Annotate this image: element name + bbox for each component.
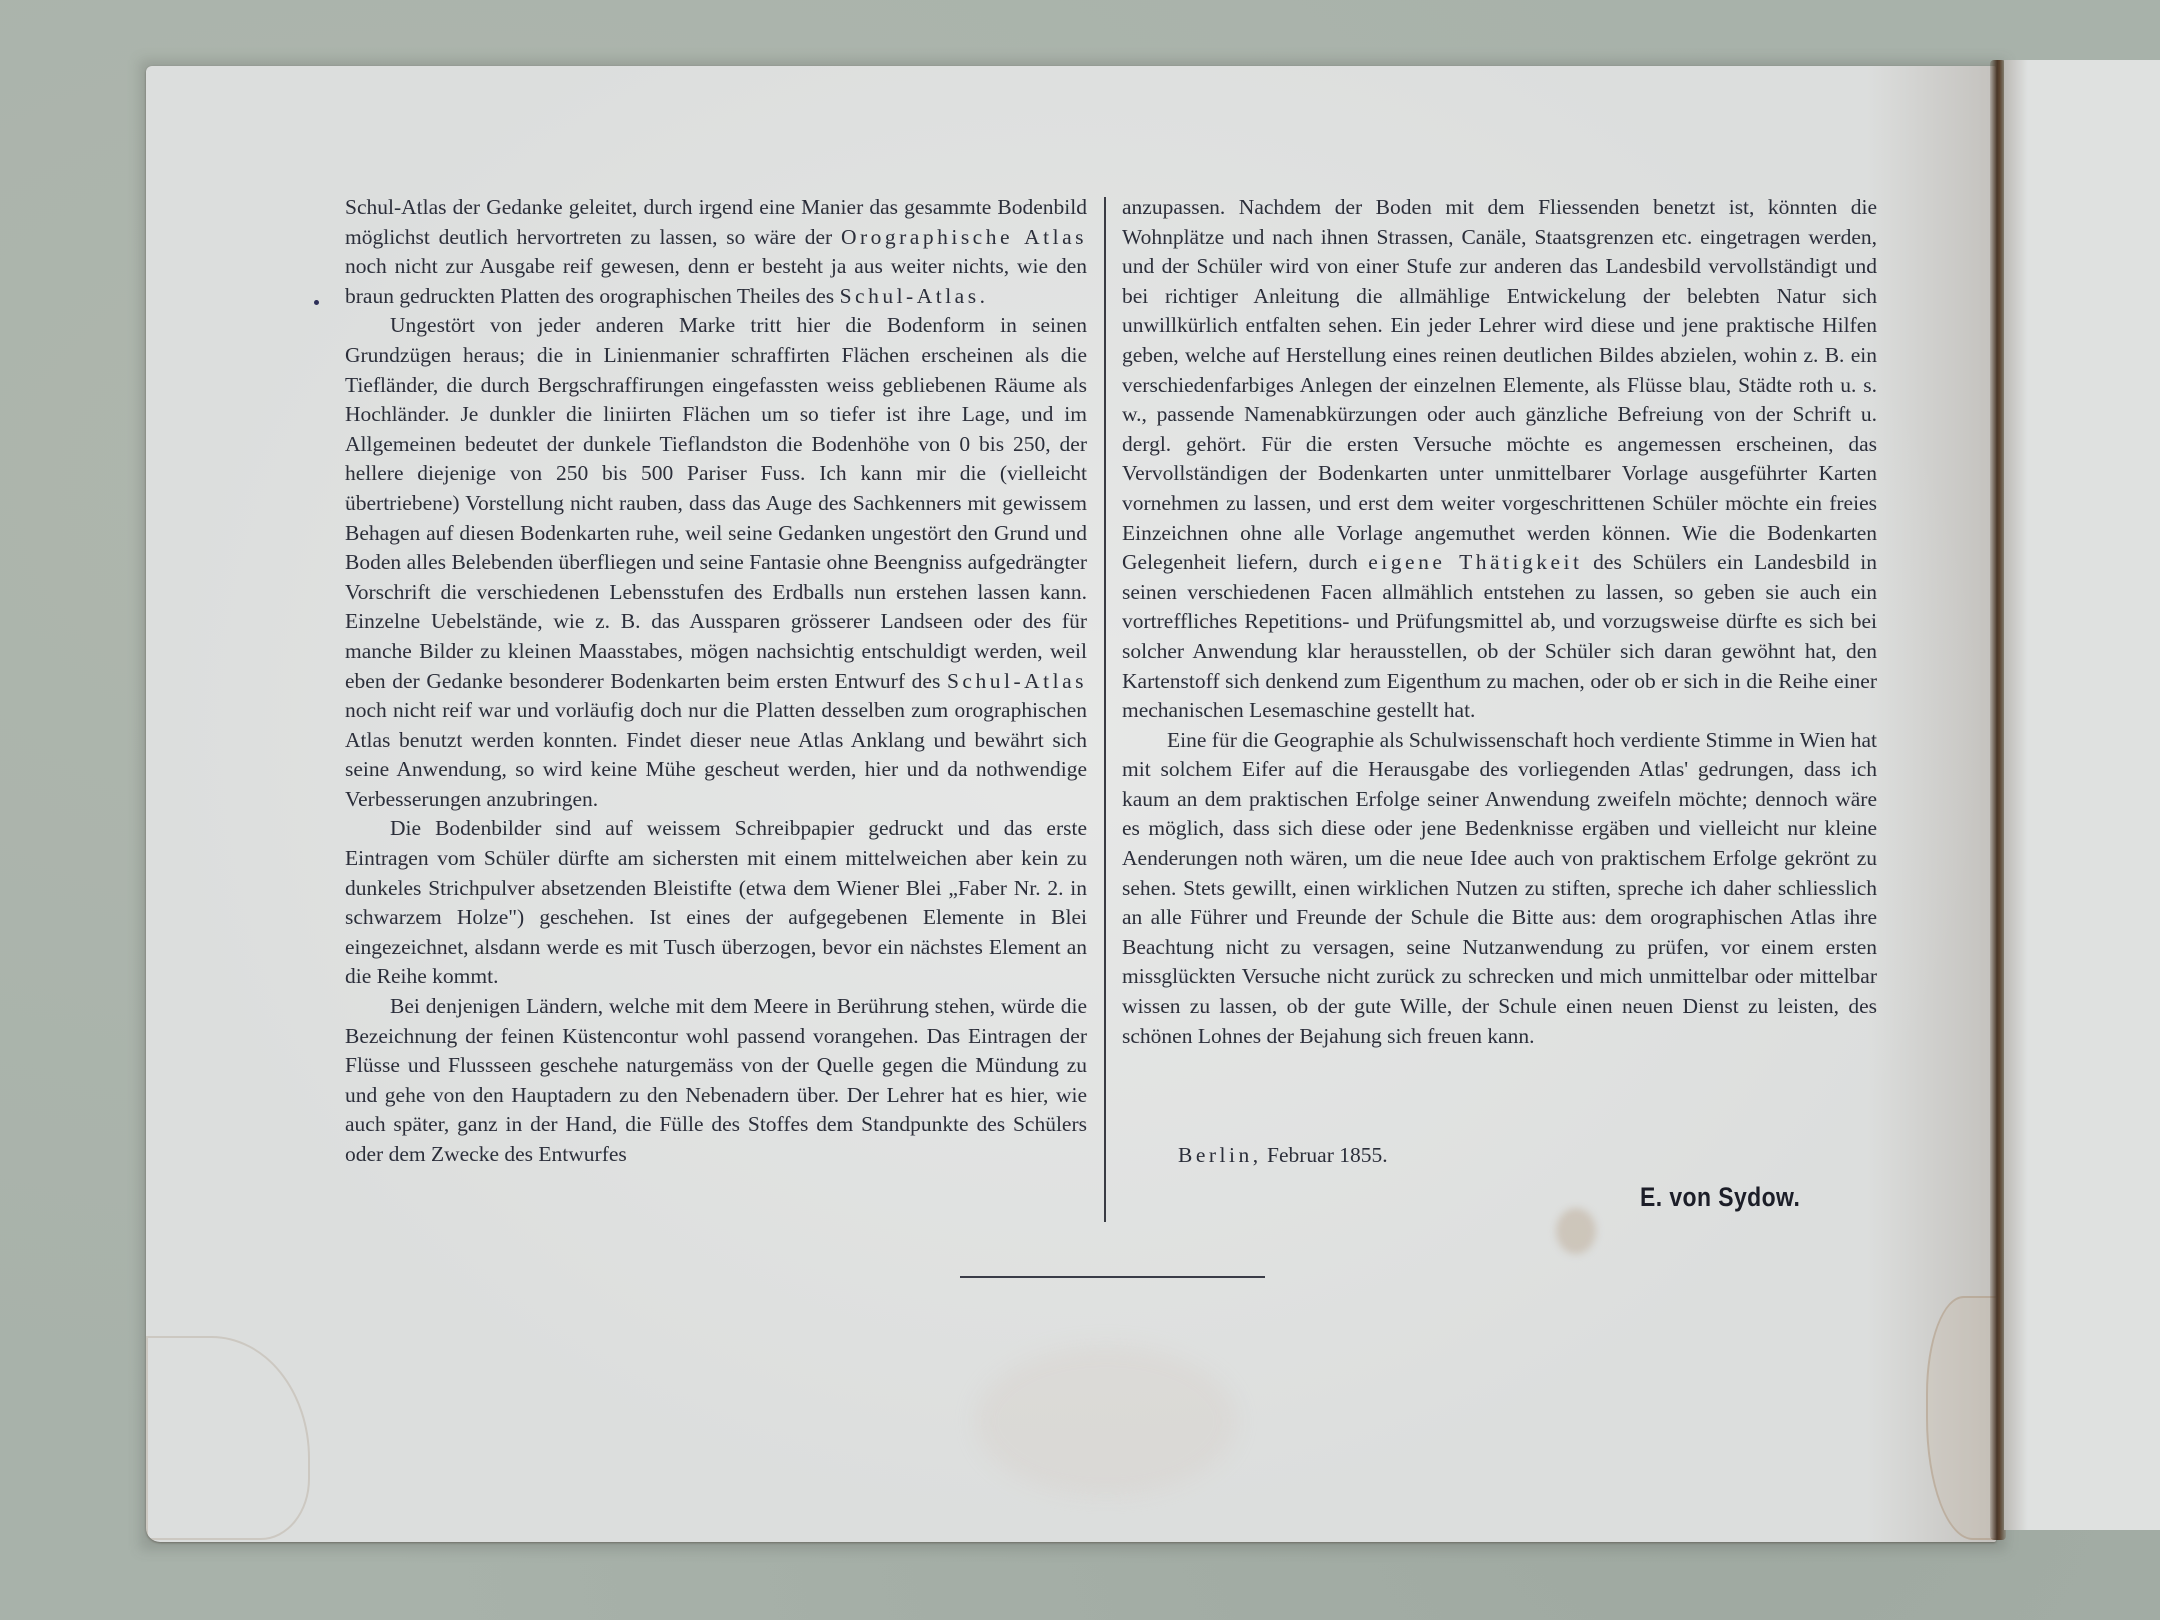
paragraph: anzupassen. Nachdem der Boden mit dem Fl… bbox=[1122, 193, 1877, 726]
paragraph: Bei denjenigen Ländern, welche mit dem M… bbox=[345, 992, 1087, 1170]
column-divider bbox=[1104, 197, 1106, 1222]
dateline-date: Februar 1855. bbox=[1262, 1143, 1388, 1167]
body-text: Ungestört von jeder anderen Marke tritt … bbox=[345, 313, 1087, 692]
dateline-place: Berlin, bbox=[1178, 1143, 1262, 1167]
water-stain-right bbox=[1926, 1296, 1996, 1540]
right-column: anzupassen. Nachdem der Boden mit dem Fl… bbox=[1122, 193, 1877, 1051]
emphasis-text: eigene Thätigkeit bbox=[1368, 550, 1582, 574]
paragraph: Eine für die Geographie als Schulwissens… bbox=[1122, 726, 1877, 1052]
margin-mark bbox=[314, 300, 319, 305]
author-signature: E. von Sydow. bbox=[1640, 1182, 1800, 1213]
paragraph: Ungestört von jeder anderen Marke tritt … bbox=[345, 311, 1087, 814]
end-rule bbox=[960, 1276, 1265, 1278]
emphasis-text: Schul-Atlas. bbox=[840, 284, 989, 308]
body-text: des Schülers ein Landesbild in seinen ve… bbox=[1122, 550, 1877, 722]
paragraph: Die Bodenbilder sind auf weissem Schreib… bbox=[345, 814, 1087, 992]
body-text: Die Bodenbilder sind auf weissem Schreib… bbox=[345, 816, 1087, 988]
adjacent-page bbox=[2004, 60, 2160, 1530]
water-stain-corner bbox=[146, 1336, 310, 1540]
paragraph: Schul-Atlas der Gedanke geleitet, durch … bbox=[345, 193, 1087, 311]
emphasis-text: Schul-Atlas bbox=[947, 669, 1087, 693]
discoloration bbox=[976, 1346, 1236, 1496]
emphasis-text: Orographische Atlas bbox=[841, 225, 1087, 249]
foxing-spot bbox=[1556, 1208, 1596, 1254]
dateline: Berlin, Februar 1855. bbox=[1178, 1143, 1388, 1168]
body-text: noch nicht reif war und vorläufig doch n… bbox=[345, 698, 1087, 811]
left-column: Schul-Atlas der Gedanke geleitet, durch … bbox=[345, 193, 1087, 1170]
body-text: Eine für die Geographie als Schulwissens… bbox=[1122, 728, 1877, 1048]
body-text: Bei denjenigen Ländern, welche mit dem M… bbox=[345, 994, 1087, 1166]
body-text: anzupassen. Nachdem der Boden mit dem Fl… bbox=[1122, 195, 1877, 574]
